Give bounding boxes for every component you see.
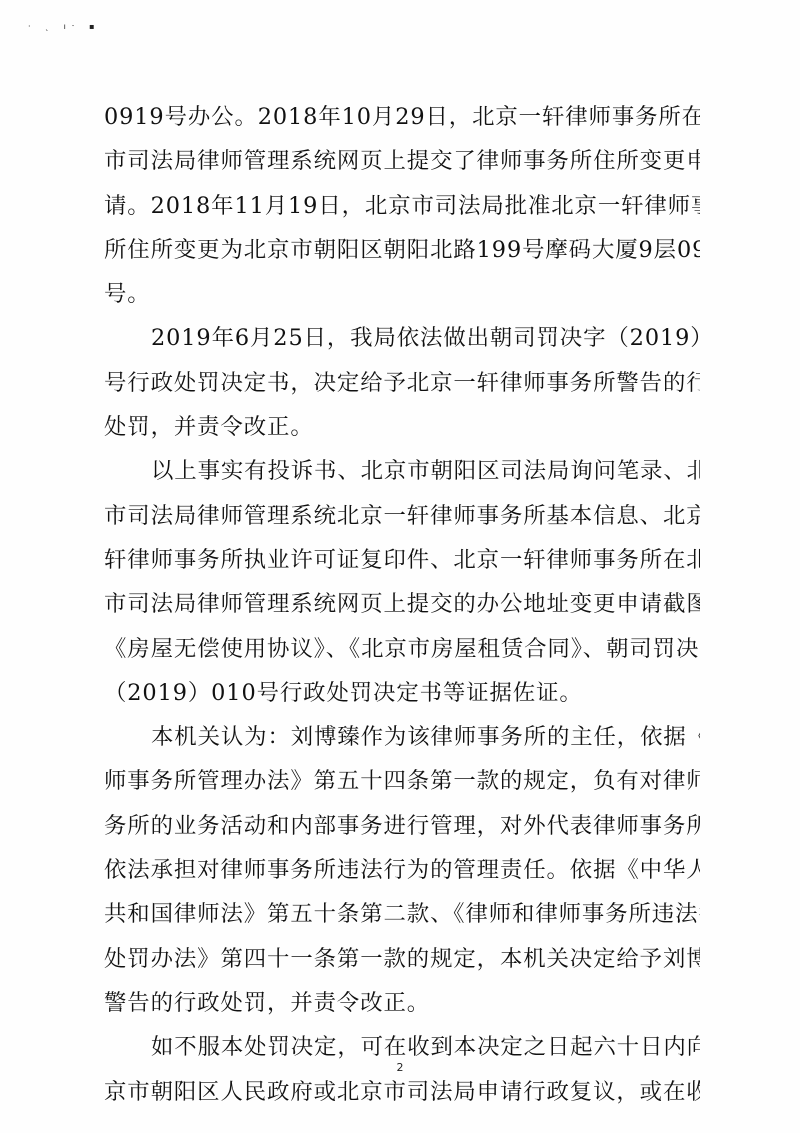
text-line: 2019年6月25日，我局依法做出朝司罚决字（2019）010 — [104, 316, 700, 360]
text-line: （2019）010号行政处罚决定书等证据佐证。 — [104, 671, 700, 715]
text-line: 共和国律师法》第五十条第二款、《律师和律师事务所违法行为 — [104, 892, 700, 936]
text-line: 市司法局律师管理系统网页上提交的办公地址变更申请截图、 — [104, 582, 700, 626]
text-line: 轩律师事务所执业许可证复印件、北京一轩律师事务所在北京 — [104, 538, 700, 582]
paragraph-prior-penalty: 2019年6月25日，我局依法做出朝司罚决字（2019）010 号行政处罚决定书… — [104, 316, 704, 449]
text-line: 警告的行政处罚，并责令改正。 — [104, 981, 700, 1025]
text-line: 处罚办法》第四十一条第一款的规定，本机关决定给予刘博臻 — [104, 937, 700, 981]
text-line: 市司法局律师管理系统网页上提交了律师事务所住所变更申 — [104, 139, 700, 183]
text-line: 0919号办公。2018年10月29日，北京一轩律师事务所在北京 — [104, 95, 700, 139]
text-line: 《房屋无偿使用协议》、《北京市房屋租赁合同》、朝司罚决字 — [104, 627, 700, 671]
paragraph-ruling: 本机关认为：刘博臻作为该律师事务所的主任，依据《律 师事务所管理办法》第五十四条… — [104, 715, 704, 1025]
paragraph-address-change: 0919号办公。2018年10月29日，北京一轩律师事务所在北京 市司法局律师管… — [104, 95, 704, 316]
text-line: 处罚，并责令改正。 — [104, 405, 700, 449]
text-line: 依法承担对律师事务所违法行为的管理责任。依据《中华人民 — [104, 848, 700, 892]
text-line: 号行政处罚决定书，决定给予北京一轩律师事务所警告的行政 — [104, 361, 700, 405]
text-line: 京市朝阳区人民政府或北京市司法局申请行政复议，或在收到 — [104, 1070, 700, 1114]
page-number: 2 — [0, 1061, 800, 1074]
document-page: · ˎ ıˑ ▪ 0919号办公。2018年10月29日，北京一轩律师事务所在北… — [0, 0, 800, 1133]
text-line: 以上事实有投诉书、北京市朝阳区司法局询问笔录、北京 — [104, 449, 700, 493]
document-body: 0919号办公。2018年10月29日，北京一轩律师事务所在北京 市司法局律师管… — [104, 95, 704, 1114]
text-line: 务所的业务活动和内部事务进行管理，对外代表律师事务所， — [104, 804, 700, 848]
paragraph-evidence: 以上事实有投诉书、北京市朝阳区司法局询问笔录、北京 市司法局律师管理系统北京一轩… — [104, 449, 704, 715]
text-line: 市司法局律师管理系统北京一轩律师事务所基本信息、北京一 — [104, 494, 700, 538]
text-line: 号。 — [104, 272, 700, 316]
text-line: 所住所变更为北京市朝阳区朝阳北路199号摩码大厦9层0919 — [104, 228, 700, 272]
text-line: 请。2018年11月19日，北京市司法局批准北京一轩律师事务 — [104, 184, 700, 228]
scan-artifact-mark: · ˎ ıˑ ▪ — [28, 22, 101, 31]
text-line: 师事务所管理办法》第五十四条第一款的规定，负有对律师事 — [104, 759, 700, 803]
text-line: 本机关认为：刘博臻作为该律师事务所的主任，依据《律 — [104, 715, 700, 759]
